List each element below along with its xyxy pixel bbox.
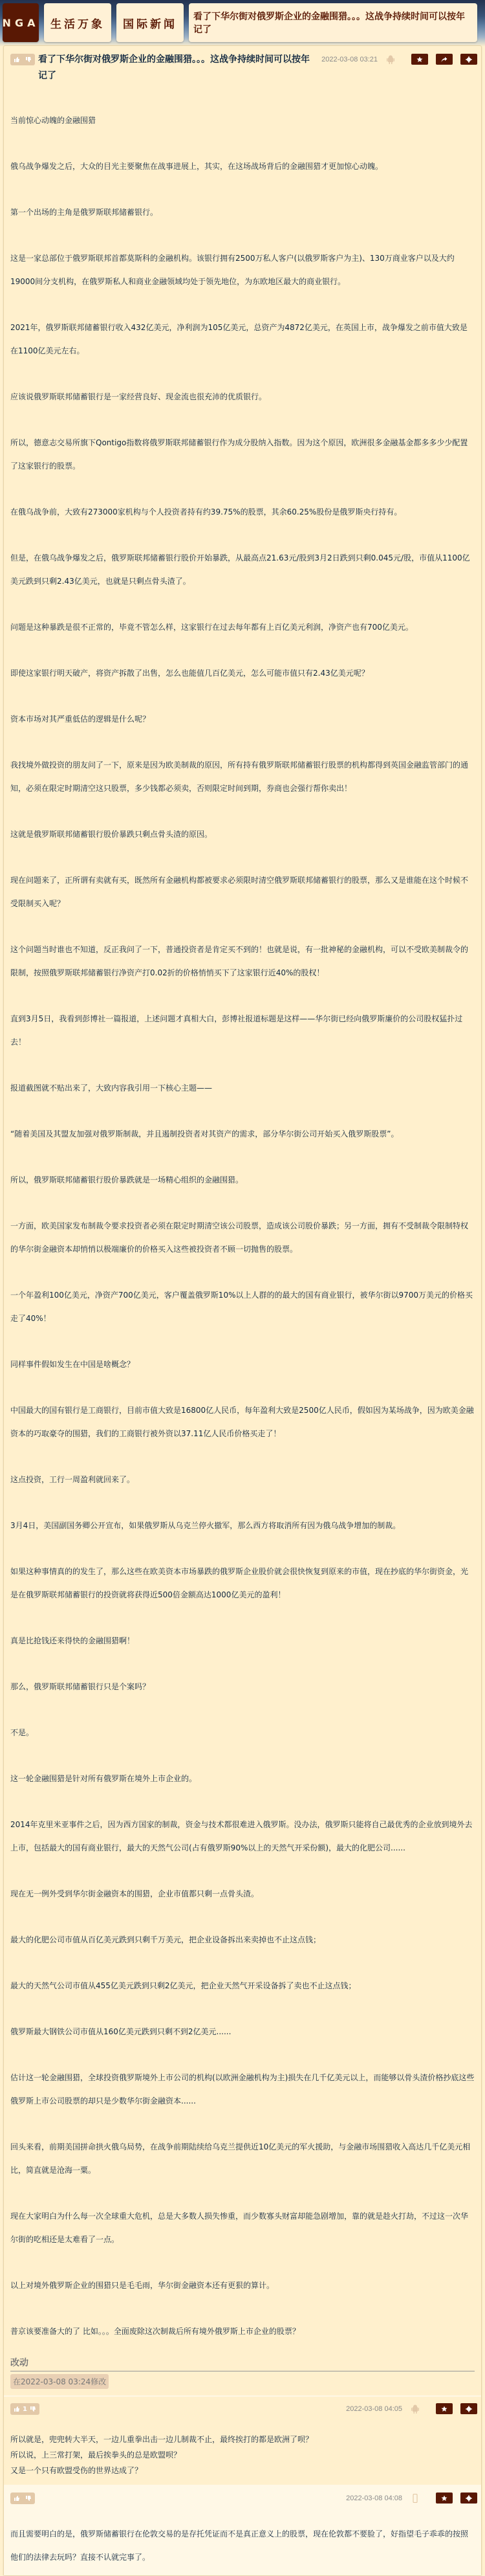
paragraph: 现在无一例外受到华尔街金融资本的围猎，企业市值都只剩一点骨头渣。 <box>10 1882 475 1905</box>
breadcrumb: NGA 生活万象 国际新闻 看了下华尔街对俄罗斯企业的金融围猎。。。这战争持续时… <box>0 0 485 45</box>
gear-icon <box>466 2495 472 2502</box>
breadcrumb-international-news[interactable]: 国际新闻 <box>116 3 184 42</box>
favorite-button[interactable] <box>411 54 428 65</box>
vote-widget: 1 <box>10 2403 39 2415</box>
settings-button[interactable] <box>460 54 477 65</box>
reply-line: 而且需要明白的是，俄罗斯储蓄银行在伦敦交易的是存托凭证而不是真正意义上的股票，现… <box>10 2522 475 2569</box>
post-content: 当前惊心动魄的金融围猎 俄乌战争爆发之后，大众的目光主要聚焦在战事进展上，其实，… <box>4 84 481 2349</box>
thumbs-down-icon[interactable] <box>25 2495 32 2502</box>
star-icon <box>441 2495 447 2502</box>
paragraph: 但是，在俄乌战争爆发之后，俄罗斯联邦储蓄银行股价开始暴跌，从最高点21.63元/… <box>10 546 475 593</box>
settings-button[interactable] <box>460 2493 477 2504</box>
reply-content: 而且需要明白的是，俄罗斯储蓄银行在伦敦交易的是存托凭证而不是真正意义上的股票，现… <box>4 2504 481 2575</box>
paragraph: 一方面，欧美国家发布制裁令要求投资者必须在限定时期清空该公司股票，造成该公司股价… <box>10 1214 475 1261</box>
paragraph: “随着美国及其盟友加强对俄罗斯制裁，并且遏制投资者对其资产的需求，部分华尔街公司… <box>10 1122 475 1146</box>
paragraph: 即使这家银行明天破产，将资产拆散了出售，怎么也能值几百亿美元，怎么可能市值只有2… <box>10 661 475 685</box>
paragraph: 当前惊心动魄的金融围猎 <box>10 109 475 132</box>
paragraph: 所以，德意志交易所旗下Qontigo指数将俄罗斯联邦储蓄银行作为成分股纳入指数。… <box>10 431 475 478</box>
paragraph: 3月4日，美国副国务卿公开宣布，如果俄罗斯从乌克兰停火撤军，那么西方将取消所有因… <box>10 1514 475 1537</box>
favorite-button[interactable] <box>436 2493 453 2504</box>
main-post: 看了下华尔街对俄罗斯企业的金融围猎。。。这战争持续时间可以按年记了 2022-0… <box>4 46 481 2395</box>
thread-post-container: 看了下华尔街对俄罗斯企业的金融围猎。。。这战争持续时间可以按年记了 2022-0… <box>3 45 482 2576</box>
paragraph: 估计这一轮金融围猎，全球投资俄罗斯境外上市公司的机构(以欧洲金融机构为主)损失在… <box>10 2066 475 2113</box>
paragraph: 一个年盈利100亿美元，净资产700亿美元，客户覆盖俄罗斯10%以上人群的的最大… <box>10 1283 475 1330</box>
paragraph: 现在问题来了，正所谓有卖就有买，既然所有金融机构都被要求必须限时清空俄罗斯联邦储… <box>10 869 475 915</box>
vote-widget <box>10 2493 35 2504</box>
paragraph: 我找境外做投资的朋友问了一下，原来是因为欧美制裁的原因，所有持有俄罗斯联邦储蓄银… <box>10 753 475 800</box>
reply-timestamp: 2022-03-08 04:08 <box>346 2494 402 2502</box>
gear-icon <box>466 56 472 63</box>
post-header: 看了下华尔街对俄罗斯企业的金融围猎。。。这战争持续时间可以按年记了 2022-0… <box>4 46 481 84</box>
thumbs-up-icon[interactable] <box>14 56 20 63</box>
post-timestamp: 2022-03-08 03:21 <box>321 56 378 63</box>
thumbs-down-icon[interactable] <box>25 56 32 63</box>
favorite-button[interactable] <box>436 2403 453 2414</box>
reply-header: 1 2022-03-08 04:05 <box>4 2397 481 2415</box>
paragraph: 俄罗斯最大钢铁公司市值从160亿美元跌到只剩不到2亿美元...... <box>10 2020 475 2043</box>
reply-header: 2022-03-08 04:08 <box>4 2486 481 2504</box>
share-button[interactable] <box>436 54 453 65</box>
breadcrumb-thread-title[interactable]: 看了下华尔街对俄罗斯企业的金融围猎。。。这战争持续时间可以按年记了 <box>189 3 477 42</box>
paragraph: 真是比抢钱还来得快的金融围猎啊！ <box>10 1629 475 1652</box>
star-icon <box>416 56 423 63</box>
reply-post: 1 2022-03-08 04:05 所以就是，兜兜转大半天，一边儿重拳出击一边… <box>4 2395 481 2485</box>
paragraph: 这个问题当时谁也不知道，反正我问了一下，普通投资者是肯定买不到的！也就是说，有一… <box>10 938 475 984</box>
paragraph: 普京该要准备大的了 比如。。。全面废除这次制裁后所有境外俄罗斯上市企业的股票？ <box>10 2320 475 2343</box>
paragraph: 在俄乌战争前，大致有273000家机构与个人投资者持有约39.75%的股票，其余… <box>10 500 475 524</box>
paragraph: 所以，俄罗斯联邦储蓄银行股价暴跌就是一场精心组织的金融围猎。 <box>10 1168 475 1192</box>
paragraph: 如果这种事情真的的发生了，那么这些在欧美资本市场暴跌的俄罗斯企业股价就会很快恢复… <box>10 1560 475 1606</box>
phone-icon <box>411 2494 419 2503</box>
post-meta: 2022-03-08 03:21 <box>321 54 477 65</box>
edit-note: 在2022-03-08 03:24修改 <box>10 2374 109 2389</box>
post-title: 看了下华尔街对俄罗斯企业的金融围猎。。。这战争持续时间可以按年记了 <box>38 52 310 84</box>
reply-meta: 2022-03-08 04:05 <box>346 2403 477 2414</box>
paragraph: 这就是俄罗斯联邦储蓄银行股价暴跌只剩点骨头渣的原因。 <box>10 823 475 846</box>
paragraph: 直到3月5日，我看到彭博社一篇报道，上述问题才真相大白，彭博社报道标题是这样——… <box>10 1007 475 1054</box>
thumbs-up-icon[interactable] <box>14 2406 20 2412</box>
thumbs-down-icon[interactable] <box>30 2406 36 2412</box>
paragraph: 资本市场对其严重低估的逻辑是什么呢？ <box>10 707 475 731</box>
reply-line: 又是一个只有欧盟受伤的世界达成了？ <box>10 2463 475 2478</box>
reply-meta: 2022-03-08 04:08 <box>346 2493 477 2504</box>
paragraph: 这是一家总部位于俄罗斯联邦首都莫斯科的金融机构。该银行拥有2500万私人客户(以… <box>10 247 475 293</box>
breadcrumb-nga-logo[interactable]: NGA <box>3 3 39 42</box>
settings-button[interactable] <box>460 2403 477 2414</box>
paragraph: 最大的天然气公司市值从455亿美元跌到只剩2亿美元，把企业天然气开采设备拆了卖也… <box>10 1974 475 1997</box>
paragraph: 第一个出场的主角是俄罗斯联邦储蓄银行。 <box>10 201 475 224</box>
paragraph: 报道截图就不贴出来了，大致内容我引用一下核心主题—— <box>10 1076 475 1100</box>
paragraph: 现在大家明白为什么每一次全球重大危机，总是大多数人损失惨重，而少数寡头财富却能急… <box>10 2204 475 2251</box>
paragraph: 以上对境外俄罗斯企业的围猎只是毛毛雨，华尔街金融资本还有更狠的算计。 <box>10 2274 475 2297</box>
reply-timestamp: 2022-03-08 04:05 <box>346 2405 402 2413</box>
reply-content: 所以就是，兜兜转大半天，一边儿重拳出击一边儿制裁不止，最终挨打的都是欧洲了呗？ … <box>4 2415 481 2485</box>
paragraph: 2021年，俄罗斯联邦储蓄银行收入432亿美元，净利润为105亿美元，总资产为4… <box>10 316 475 362</box>
vote-count: 1 <box>23 2406 27 2413</box>
paragraph: 最大的化肥公司市值从百亿美元跌到只剩千万美元，把企业设备拆出来卖掉也不止这点钱； <box>10 1928 475 1951</box>
paragraph: 那么，俄罗斯联邦储蓄银行只是个案吗？ <box>10 1675 475 1698</box>
paragraph: 同样事件假如发生在中国是啥概念？ <box>10 1353 475 1376</box>
paragraph: 中国最大的国有银行是工商银行，目前市值大致是16800亿人民币，每年盈利大致是2… <box>10 1399 475 1445</box>
star-icon <box>441 2406 447 2412</box>
android-icon <box>411 2404 419 2414</box>
paragraph: 回头来看，前期美国拼命拱火俄乌局势，在战争前期陆续给乌克兰提供近10亿美元的军火… <box>10 2135 475 2182</box>
thumbs-up-icon[interactable] <box>14 2495 20 2502</box>
reply-line: 所以就是，兜兜转大半天，一边儿重拳出击一边儿制裁不止，最终挨打的都是欧洲了呗？ <box>10 2432 475 2447</box>
paragraph: 这点投资，工行一周盈利就回来了。 <box>10 1468 475 1491</box>
reply-line: 所以说，上三常打架，最后挨拳头的总是欧盟呗？ <box>10 2447 475 2463</box>
reply-post: 2022-03-08 04:08 而且需要明白的是，俄罗斯储蓄银行在伦敦交易的是… <box>4 2485 481 2575</box>
breadcrumb-life[interactable]: 生活万象 <box>44 3 111 42</box>
paragraph: 应该说俄罗斯联邦储蓄银行是一家经营良好、现金流也很充沛的优质银行。 <box>10 385 475 408</box>
vote-widget <box>10 54 35 65</box>
edit-label: 改动 <box>10 2356 475 2371</box>
paragraph: 2014年克里米亚事件之后，因为西方国家的制裁，资金与技术都很难进入俄罗斯。没办… <box>10 1813 475 1860</box>
paragraph: 这一轮金融围猎是针对所有俄罗斯在境外上市企业的。 <box>10 1767 475 1790</box>
paragraph: 不是。 <box>10 1721 475 1744</box>
paragraph: 俄乌战争爆发之后，大众的目光主要聚焦在战事进展上，其实，在这场战场背后的金融围猎… <box>10 155 475 178</box>
edit-history: 改动 在2022-03-08 03:24修改 <box>4 2349 481 2395</box>
share-icon <box>441 56 447 63</box>
gear-icon <box>466 2406 472 2412</box>
paragraph: 问题是这种暴跌是很不正常的，毕竟不管怎么样，这家银行在过去每年都有上百亿美元利润… <box>10 616 475 639</box>
android-icon <box>387 55 394 64</box>
